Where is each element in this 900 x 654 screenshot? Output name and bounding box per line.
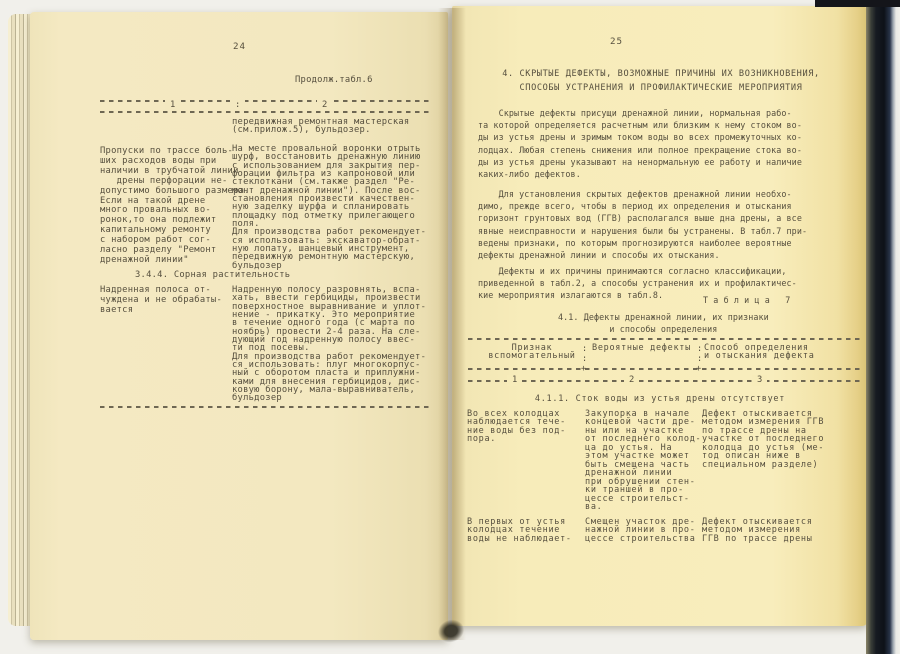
table-continuation-caption: Продолж.табл.6: [295, 75, 373, 85]
paragraph-2: Для установления скрытых дефектов дренаж…: [478, 188, 807, 261]
subsection-heading: 4.1.1. Сток воды из устья дрены отсутств…: [492, 395, 828, 403]
column-number-3: 3: [752, 375, 767, 386]
dashed-rule: [468, 380, 860, 382]
column-number-1: 1: [165, 100, 180, 111]
column-number-1: 1: [507, 375, 522, 386]
column-number-2: 2: [624, 375, 639, 386]
left-page-number: 24: [233, 41, 246, 52]
right-page-number: 25: [610, 36, 623, 47]
rule-plus: +: [696, 365, 701, 373]
scan-dark-edge: [815, 0, 900, 7]
header-separator: : :: [582, 344, 587, 364]
dashed-rule: [468, 338, 860, 340]
table-row-method: Дефект отыскивается методом измерения ГГ…: [702, 518, 813, 543]
left-page: 24 Продолж.табл.6 1 : 2 передвижная ремо…: [30, 12, 448, 640]
table-header-method: Способ определения и отыскания дефекта: [704, 344, 815, 361]
table-row-defect: Смещен участок дре- нажной линии в про- …: [585, 518, 696, 543]
table-row-sign: В первых от устья колодцах течение воды …: [467, 518, 572, 543]
cell-weed-sign: Надренная полоса от- чуждена и не обраба…: [100, 286, 222, 316]
book-cover-edge: [866, 0, 900, 654]
table-header-defects: Вероятные дефекты: [592, 344, 691, 352]
header-separator: : :: [697, 344, 702, 364]
table-title: 4.1. Дефекты дренажной линии, их признак…: [558, 311, 769, 335]
rule-plus: +: [581, 365, 586, 373]
cell-defect-description: Пропуски по трассе боль- ших расходов во…: [100, 147, 250, 266]
table-row-defect: Закупорка в начале концевой части дре- н…: [585, 410, 701, 511]
table-header-sign: Признак вспомогательный: [480, 344, 584, 361]
cell-weed-remedy: Надренную полосу разровнять, вспа- хать,…: [232, 286, 426, 403]
dashed-rule: [100, 111, 430, 113]
binding-gutter-shadow: [438, 8, 466, 640]
chapter-heading: 4. СКРЫТЫЕ ДЕФЕКТЫ, ВОЗМОЖНЫЕ ПРИЧИНЫ ИХ…: [472, 68, 850, 95]
dashed-rule: [100, 100, 430, 102]
table-row-method: Дефект отыскивается методом измерения ГГ…: [702, 410, 824, 469]
paragraph-1: Скрытые дефекты присущи дренажной линии,…: [478, 107, 802, 180]
cell-remedy: На месте провальной воронки отрыть шурф,…: [232, 145, 426, 270]
dashed-rule: [100, 406, 430, 408]
column-number-2: 2: [317, 100, 332, 111]
right-page: 25 4. СКРЫТЫЕ ДЕФЕКТЫ, ВОЗМОЖНЫЕ ПРИЧИНЫ…: [452, 6, 868, 626]
table-label: Т а б л и ц а 7: [703, 294, 790, 306]
column-separator: :: [230, 100, 245, 111]
section-heading-weeds: 3.4.4. Сорная растительность: [135, 270, 290, 280]
scanned-book-spread: { "left_page": { "page_number": "24", "c…: [0, 0, 900, 654]
dashed-rule: [468, 368, 860, 370]
table-row-sign: Во всех колодцах наблюдается тече- ние в…: [467, 410, 566, 444]
cell-workshop: передвижная ремонтная мастерская (см.при…: [232, 118, 409, 135]
